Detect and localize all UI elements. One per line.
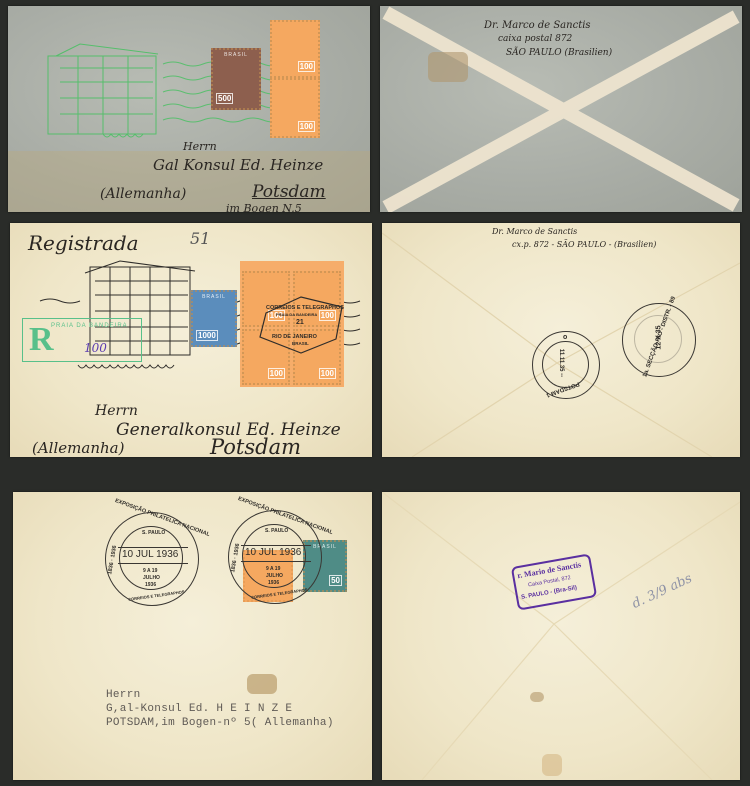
cover-3-back: r. Mario de Sanctis Caixa Postal, 872 S.… [382,492,740,780]
exhibition-postmark-2: EXPOSIÇÃO PHILATELICA NACIONAL S. PAULO … [228,510,322,604]
address-line-1: Herrn [106,689,141,701]
postmark-years: 1836 · 1936 [107,545,118,575]
address-line-2: G,al-Konsul Ed. H E I N Z E [106,703,292,715]
registration-label: R PRAIA DA BANDEIRA [22,318,142,362]
registration-number: 100 [84,341,107,355]
tape-stain [428,52,468,82]
stamp-value: 100 [268,368,285,379]
address-name: Gal Konsul Ed. Heinze [153,156,323,174]
sender-line-3: SÃO PAULO (Brasilien) [506,48,612,58]
stamp-100-bottom: 100 [270,78,320,138]
stamp-value: 100 [319,368,336,379]
sender-line-1: Dr. Marco de Sanctis [484,20,591,31]
address-salutation: Herrn [183,140,217,153]
address-country: (Allemanha) [32,439,124,457]
postmark-inner-1: 9 A 19 [266,566,280,572]
paper-stain [247,674,277,694]
rio-postmark: 1a. SECÇÃO-RIO - DISTR. - 89 12 X 35 [622,303,696,377]
address-city: Potsdam [210,435,301,457]
postmark-country: BRASIL [292,341,309,346]
sender-cachet: r. Mario de Sanctis Caixa Postal, 872 S.… [511,553,597,610]
postmark-bottom: CORREIOS E TELEGRAPHOS [128,589,185,602]
sender-line-2: cx.p. 872 - SÃO PAULO - (Brasilien) [512,240,656,249]
postmark-sub: PRAIA DA BANDEIRA [276,312,317,317]
pencil-note: d. 3/9 abs [630,571,695,612]
postmark-bottom: RIO DE JANEIRO [272,334,317,340]
hexagonal-postmark: CORREIOS E TELEGRAPHOS PRAIA DA BANDEIRA… [258,293,344,355]
postmark-city: S. PAULO [265,528,288,534]
pencil-number: 51 [190,229,210,248]
postmark-years: 1836 · 1936 [230,543,241,573]
stamp-value: 500 [216,93,233,104]
potsdam-postmark: o 11.11.35 -- POTSDAM 1 [532,331,600,399]
postmark-inner-3: 1936 [145,582,156,588]
address-street: im Bogen N.5 [226,202,302,212]
stamp-500: BRASIL 500 [211,48,261,110]
postmark-date: 11.11.35 -- [558,349,564,377]
exhibition-postmark-1: EXPOSIÇÃO PHILATELICA NACIONAL S. PAULO … [105,512,199,606]
cover-3-front: BRASIL 50 EXPOSIÇÃO PHILATELICA NACIONAL… [13,492,372,780]
stamp-value: 100 [298,121,315,132]
address-line-3: POTSDAM,im Bogen-nº 5( Allemanha) [106,717,334,729]
sender-line-2: caixa postal 872 [498,34,572,44]
paper-stain [542,754,562,776]
postmark-top: CORREIOS E TELEGRAPHOS [266,305,344,311]
postmark-inner-1: 9 A 19 [143,568,157,574]
postmark-day: 21 [296,319,304,326]
cover-2-front: Registrada 51 R PRAIA DA BANDEIRA 100 BR… [10,223,372,457]
postmark-inner-2: JULHO [143,575,160,581]
stamp-country: BRASIL [193,294,235,300]
cover-2-back: Dr. Marco de Sanctis cx.p. 872 - SÃO PAU… [382,223,740,457]
postmark-inner-ring [542,341,589,388]
stamp-value: 50 [329,575,342,586]
stamp-100-top: 100 [270,20,320,78]
stamp-value: 100 [298,61,315,72]
postmark-date: 10 JUL 1936 [122,549,178,560]
postmark-inner-3: 1936 [268,580,279,586]
paper-stain [530,692,544,702]
address-salutation: Herrn [95,403,138,419]
registration-letter: R [29,321,54,359]
cachet-line-1: r. Mario de Sanctis [517,560,582,580]
envelope-flap-lines [382,492,740,780]
postmark-inner-2: JULHO [266,573,283,579]
postmark-city: S. PAULO [142,530,165,536]
postmark-bottom: CORREIOS E TELEGRAPHOS [251,587,308,600]
cover-1-front: BRASIL 500 100 100 Herrn Gal Konsul Ed. … [8,6,370,212]
stamp-1000: BRASIL 1000 [191,290,237,347]
postmark-date: 10 JUL 1936 [245,547,301,558]
stamp-value: 1000 [196,330,218,341]
address-country: (Allemanha) [100,186,186,202]
postmark-top: o [563,334,567,341]
cover-1-back: Dr. Marco de Sanctis caixa postal 872 SÃ… [380,6,742,212]
sender-line-1: Dr. Marco de Sanctis [492,227,577,236]
registration-text: PRAIA DA BANDEIRA [51,323,128,329]
address-city: Potsdam [252,182,326,202]
stamp-country: BRASIL [213,52,259,58]
registrada-note: Registrada [28,231,139,255]
postmark-date: 12 X 35 [656,325,663,349]
